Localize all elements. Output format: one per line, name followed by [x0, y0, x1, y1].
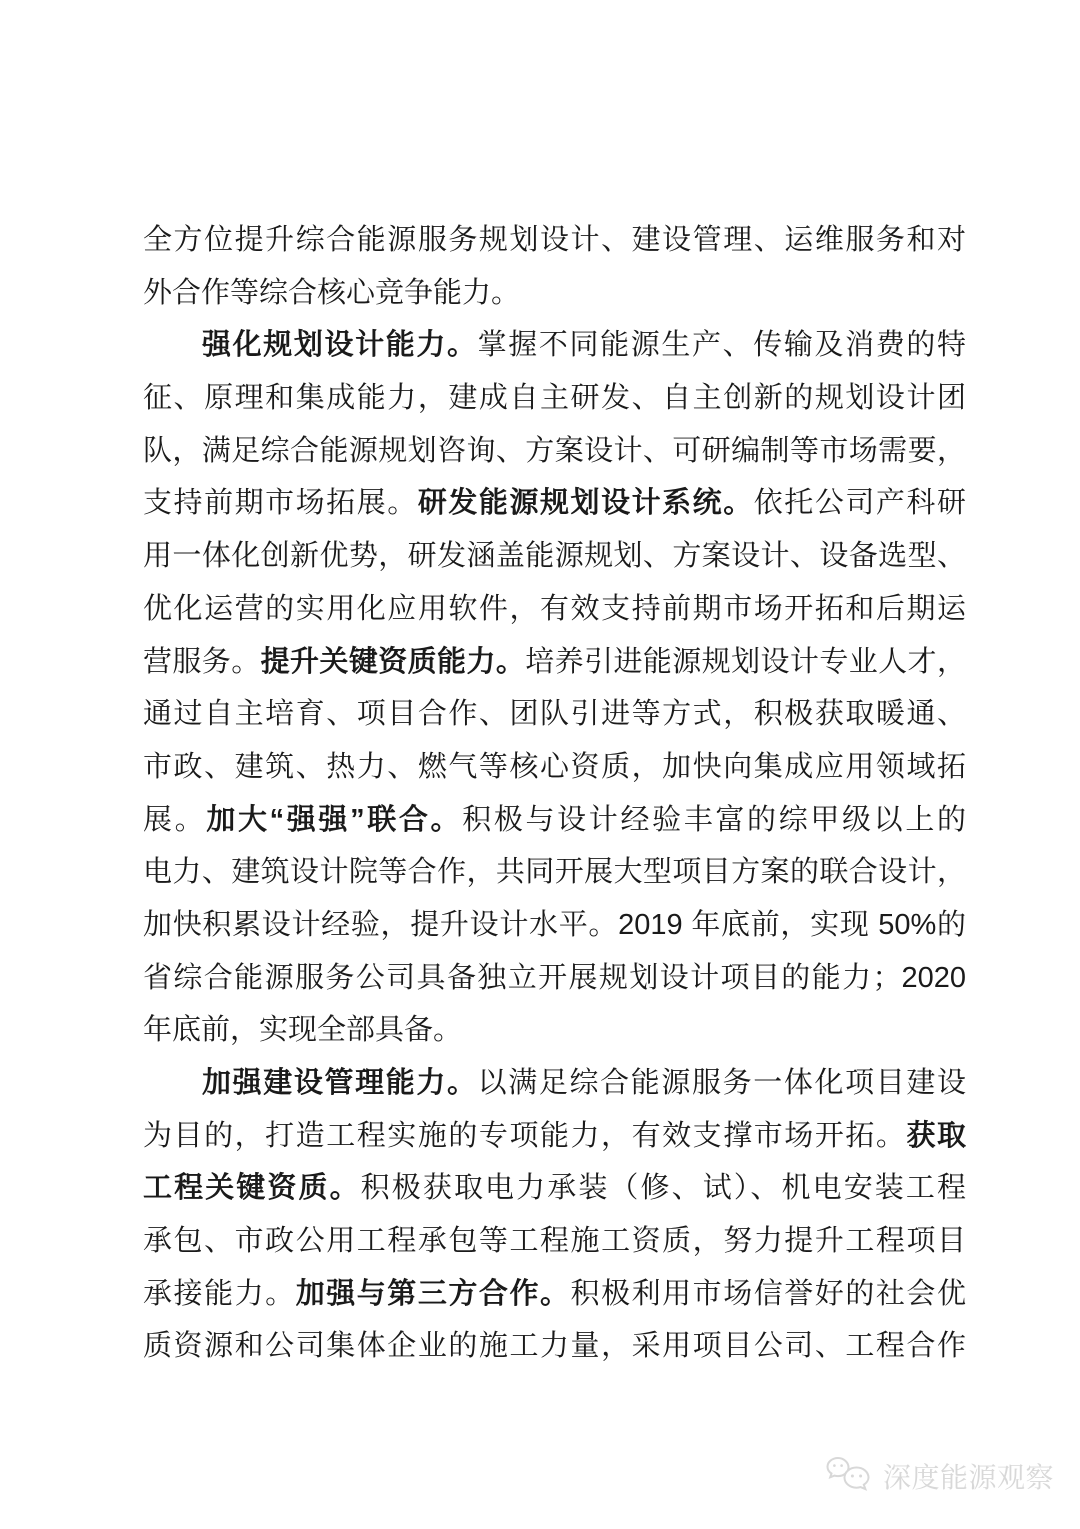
- bold-text-segment: 加强与第三方合作。: [296, 1278, 571, 1310]
- bold-text-segment: 强化规划设计能力。: [202, 329, 478, 361]
- text-line: 用一体化创新优势，研发涵盖能源规划、方案设计、设备选型、: [143, 530, 966, 583]
- text-segment: 依托公司产科研: [754, 487, 966, 519]
- bold-text-segment: 工程关键资质。: [143, 1172, 361, 1204]
- text-segment: 外合作等综合核心竞争能力。: [143, 277, 520, 309]
- text-line: 队，满足综合能源规划咨询、方案设计、可研编制等市场需要，: [143, 425, 966, 478]
- text-segment: 积极获取电力承装（修、试）、机电安装工程: [361, 1172, 966, 1204]
- text-segment: 加快积累设计经验，提升设计水平。2019 年底前，实现 50%的: [143, 909, 966, 941]
- text-line: 强化规划设计能力。掌握不同能源生产、传输及消费的特: [143, 319, 966, 372]
- text-segment: 承包、市政公用工程承包等工程施工资质，努力提升工程项目: [143, 1225, 966, 1257]
- bold-text-segment: 加大“强强”联合。: [206, 804, 462, 836]
- document-page: 全方位提升综合能源服务规划设计、建设管理、运维服务和对外合作等综合核心竞争能力。…: [0, 0, 1080, 1529]
- text-segment: 支持前期市场拓展。: [143, 487, 418, 519]
- text-line: 展。加大“强强”联合。积极与设计经验丰富的综甲级以上的: [143, 794, 966, 847]
- bold-text-segment: 研发能源规划设计系统。: [418, 487, 754, 519]
- bold-text-segment: 获取: [906, 1120, 966, 1152]
- text-line: 年底前，实现全部具备。: [143, 1004, 966, 1057]
- text-segment: 培养引进能源规划设计专业人才，: [525, 646, 966, 678]
- text-line: 全方位提升综合能源服务规划设计、建设管理、运维服务和对: [143, 214, 966, 267]
- text-line: 承包、市政公用工程承包等工程施工资质，努力提升工程项目: [143, 1215, 966, 1268]
- text-segment: 省综合能源服务公司具备独立开展规划设计项目的能力；2020: [143, 962, 966, 994]
- text-segment: 全方位提升综合能源服务规划设计、建设管理、运维服务和对: [143, 224, 966, 256]
- text-segment: 用一体化创新优势，研发涵盖能源规划、方案设计、设备选型、: [143, 540, 966, 572]
- text-line: 工程关键资质。积极获取电力承装（修、试）、机电安装工程: [143, 1162, 966, 1215]
- text-segment: 积极利用市场信誉好的社会优: [571, 1278, 966, 1310]
- wechat-logo-icon: [824, 1455, 874, 1497]
- text-segment: 为目的，打造工程实施的专项能力，有效支撑市场开拓。: [143, 1120, 906, 1152]
- document-body: 全方位提升综合能源服务规划设计、建设管理、运维服务和对外合作等综合核心竞争能力。…: [143, 214, 966, 1373]
- text-segment: 以满足综合能源服务一体化项目建设: [478, 1067, 966, 1099]
- text-segment: 掌握不同能源生产、传输及消费的特: [478, 329, 966, 361]
- text-segment: 年底前，实现全部具备。: [143, 1014, 462, 1046]
- bold-text-segment: 提升关键资质能力。: [261, 646, 526, 678]
- text-segment: 征、原理和集成能力，建成自主研发、自主创新的规划设计团: [143, 382, 966, 414]
- text-line: 加强建设管理能力。以满足综合能源服务一体化项目建设: [143, 1057, 966, 1110]
- text-line: 市政、建筑、热力、燃气等核心资质，加快向集成应用领域拓: [143, 741, 966, 794]
- text-segment: 展。: [143, 804, 206, 836]
- text-line: 支持前期市场拓展。研发能源规划设计系统。依托公司产科研: [143, 477, 966, 530]
- text-segment: 营服务。: [143, 646, 261, 678]
- text-line: 优化运营的实用化应用软件，有效支持前期市场开拓和后期运: [143, 583, 966, 636]
- text-line: 承接能力。加强与第三方合作。积极利用市场信誉好的社会优: [143, 1268, 966, 1321]
- watermark-text: 深度能源观察: [883, 1456, 1054, 1496]
- text-segment: 承接能力。: [143, 1278, 296, 1310]
- text-line: 质资源和公司集体企业的施工力量，采用项目公司、工程合作: [143, 1320, 966, 1373]
- text-segment: 优化运营的实用化应用软件，有效支持前期市场开拓和后期运: [143, 593, 966, 625]
- text-line: 加快积累设计经验，提升设计水平。2019 年底前，实现 50%的: [143, 899, 966, 952]
- text-segment: 电力、建筑设计院等合作，共同开展大型项目方案的联合设计，: [143, 856, 966, 888]
- text-segment: 通过自主培育、项目合作、团队引进等方式，积极获取暖通、: [143, 698, 966, 730]
- text-line: 营服务。提升关键资质能力。培养引进能源规划设计专业人才，: [143, 636, 966, 689]
- text-line: 外合作等综合核心竞争能力。: [143, 267, 966, 320]
- watermark: 深度能源观察: [824, 1455, 1054, 1497]
- text-line: 省综合能源服务公司具备独立开展规划设计项目的能力；2020: [143, 952, 966, 1005]
- text-segment: 市政、建筑、热力、燃气等核心资质，加快向集成应用领域拓: [143, 751, 966, 783]
- text-segment: 队，满足综合能源规划咨询、方案设计、可研编制等市场需要，: [143, 435, 966, 467]
- bold-text-segment: 加强建设管理能力。: [202, 1067, 478, 1099]
- text-line: 通过自主培育、项目合作、团队引进等方式，积极获取暖通、: [143, 688, 966, 741]
- text-line: 为目的，打造工程实施的专项能力，有效支撑市场开拓。获取: [143, 1110, 966, 1163]
- text-segment: 质资源和公司集体企业的施工力量，采用项目公司、工程合作: [143, 1330, 966, 1362]
- text-segment: 积极与设计经验丰富的综甲级以上的: [462, 804, 966, 836]
- text-line: 征、原理和集成能力，建成自主研发、自主创新的规划设计团: [143, 372, 966, 425]
- text-line: 电力、建筑设计院等合作，共同开展大型项目方案的联合设计，: [143, 846, 966, 899]
